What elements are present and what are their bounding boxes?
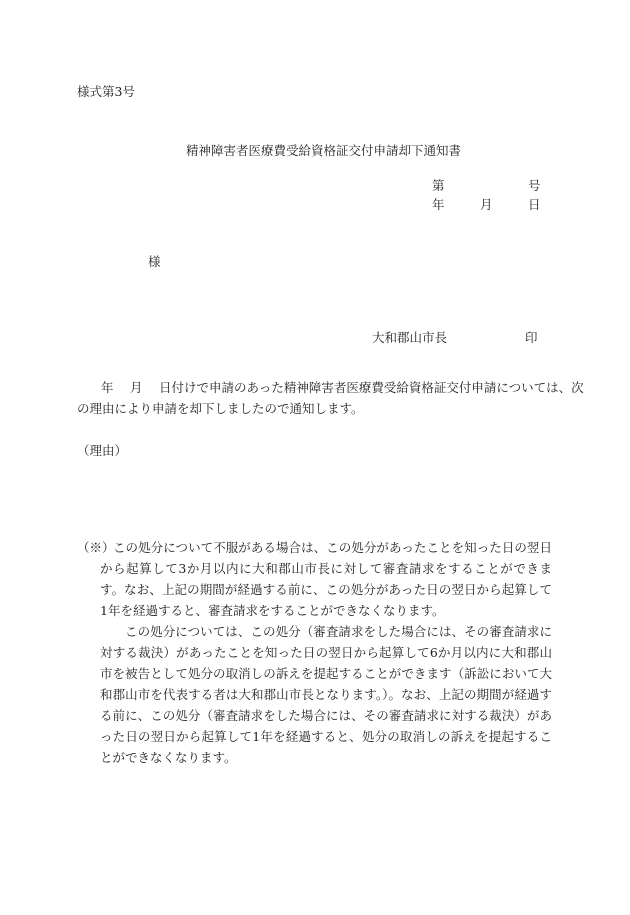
reference-prefix: 第 <box>432 178 445 194</box>
reference-suffix: 号 <box>528 178 541 194</box>
notice-paragraph-appeal: この処分について不服がある場合は、この処分があったことを知った日の翌日から起算し… <box>100 537 552 621</box>
notice-paragraph-lawsuit: この処分については、この処分（審査請求をした場合には、その審査請求に対する裁決）… <box>100 621 552 768</box>
date-year-label: 年 <box>432 197 445 213</box>
seal-mark: 印 <box>525 330 538 346</box>
notice-text: この処分について不服がある場合は、この処分があったことを知った日の翌日から起算し… <box>100 537 552 768</box>
date-day-label: 日 <box>528 197 541 213</box>
recipient-suffix: 様 <box>148 254 161 270</box>
issuer-name: 大和郡山市長 <box>372 330 447 346</box>
body-text-line1: 年 月 日付けで申請のあった精神障害者医療費受給資格証交付申請については、次 <box>101 380 584 396</box>
body-text-line2: の理由により申請を却下しましたので通知します。 <box>77 401 364 417</box>
reason-label: （理由） <box>77 443 127 459</box>
date-month-label: 月 <box>480 197 493 213</box>
document-title: 精神障害者医療費受給資格証交付申請却下通知書 <box>186 143 461 159</box>
form-number: 様式第3号 <box>77 84 135 100</box>
